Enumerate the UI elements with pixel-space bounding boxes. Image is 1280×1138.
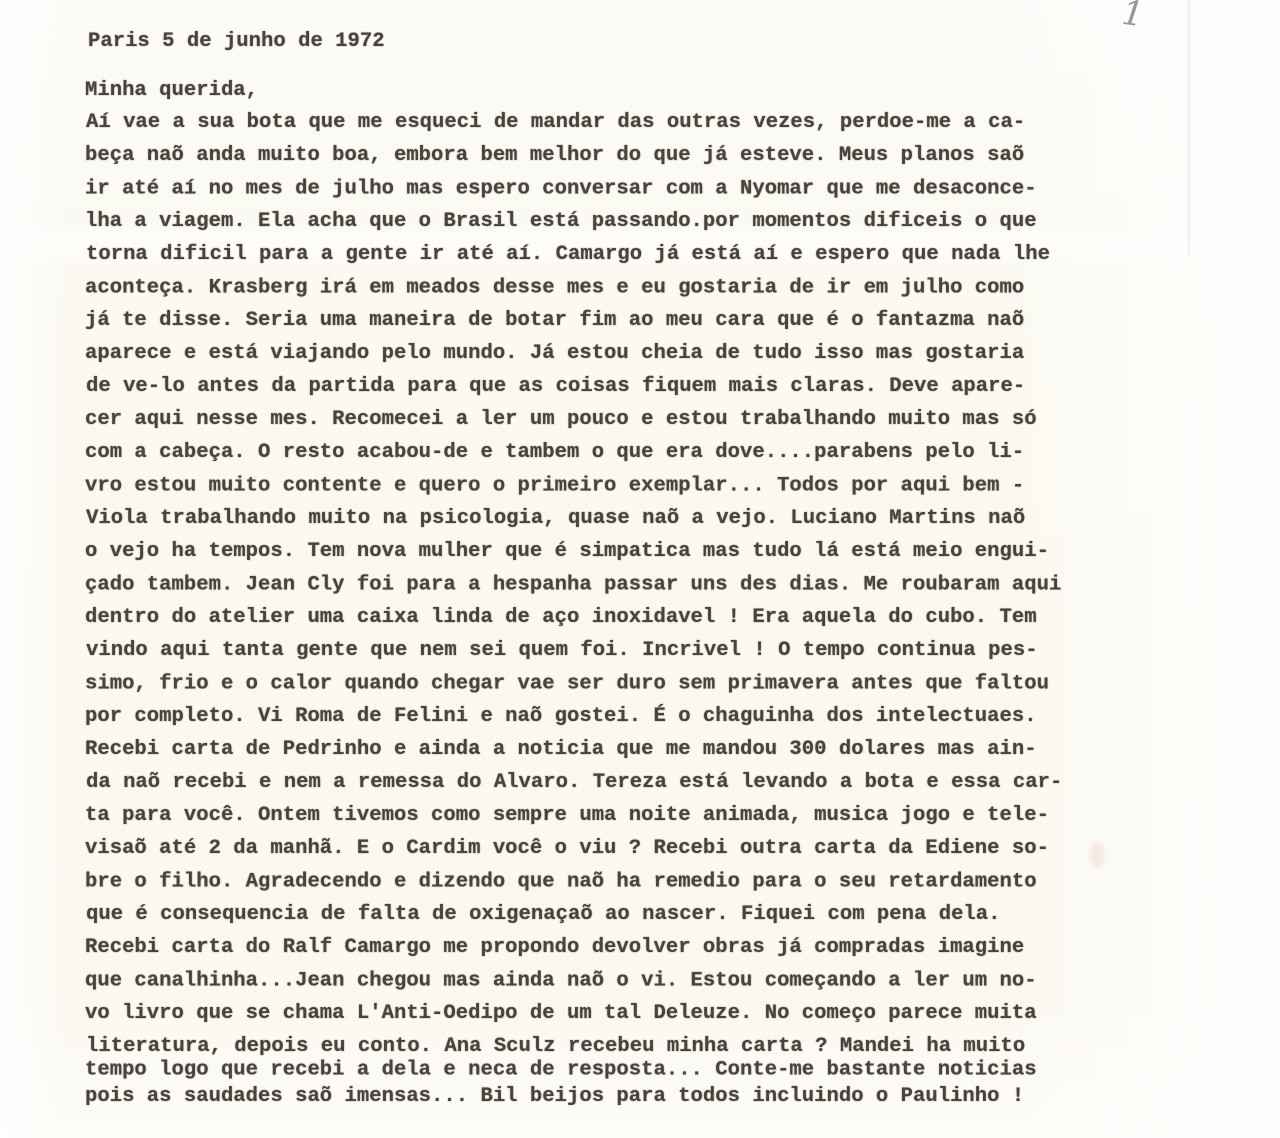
body-line: Viola trabalhando muito na psicologia, q… [86, 502, 1062, 535]
body-line: torna dificil para a gente ir até aí. Ca… [86, 238, 1062, 271]
letter-salutation: Minha querida, [85, 79, 258, 102]
body-line: simo, frio e o calor quando chegar vae s… [85, 668, 1061, 701]
body-line: vo livro que se chama L'Anti-Oedipo de u… [85, 997, 1061, 1030]
body-line: lha a viagem. Ela acha que o Brasil está… [85, 205, 1061, 238]
body-line: com a cabeça. O resto acabou-de e tambem… [85, 436, 1061, 469]
body-line: por completo. Vi Roma de Felini e naõ go… [85, 700, 1061, 733]
body-line: dentro do atelier uma caixa linda de aço… [85, 601, 1061, 634]
body-line: literatura, depois eu conto. Ana Sculz r… [86, 1030, 1062, 1053]
body-line: bre o filho. Agradecendo e dizendo que n… [85, 866, 1061, 899]
crease-line [1188, 0, 1190, 255]
body-line: beça naõ anda muito boa, embora bem melh… [85, 139, 1061, 172]
body-line: cer aqui nesse mes. Recomecei a ler um p… [85, 403, 1061, 436]
body-line: vro estou muito contente e quero o prime… [85, 470, 1061, 503]
body-line: Aí vae a sua bota que me esqueci de mand… [86, 106, 1062, 139]
body-line: çado tambem. Jean Cly foi para a hespanh… [85, 569, 1061, 602]
letter-page: 1 Paris 5 de junho de 1972 Minha querida… [0, 0, 1280, 1138]
body-line: Recebi carta de Pedrinho e ainda a notic… [85, 733, 1061, 766]
ink-smudge [1090, 842, 1104, 868]
body-line: tempo logo que recebi a dela e neca de r… [85, 1054, 1061, 1081]
body-line: Recebi carta do Ralf Camargo me propondo… [85, 931, 1061, 964]
body-line: da naõ recebi e nem a remessa do Alvaro.… [86, 766, 1062, 799]
body-line: vindo aqui tanta gente que nem sei quem … [86, 634, 1062, 667]
body-line: ta para você. Ontem tivemos como sempre … [85, 799, 1061, 832]
body-line: visaõ até 2 da manhã. E o Cardim você o … [85, 832, 1061, 865]
body-line: pois as saudades saõ imensas... Bil beij… [85, 1080, 1061, 1113]
body-line: o vejo ha tempos. Tem nova mulher que é … [85, 535, 1061, 568]
body-line: que é consequencia de falta de oxigenaça… [86, 898, 1062, 931]
body-line: que canalhinha...Jean chegou mas ainda n… [85, 965, 1061, 998]
letter-body: Aí vae a sua bota que me esqueci de mand… [85, 106, 1061, 1113]
pencil-page-number: 1 [1120, 0, 1146, 35]
body-line: aparece e está viajando pelo mundo. Já e… [85, 337, 1061, 370]
body-line: já te disse. Seria uma maneira de botar … [85, 304, 1061, 337]
body-line: de ve-lo antes da partida para que as co… [86, 370, 1062, 403]
body-line: ir até aí no mes de julho mas espero con… [85, 173, 1061, 206]
letter-date: Paris 5 de junho de 1972 [88, 30, 385, 53]
body-line: aconteça. Krasberg irá em meados desse m… [85, 272, 1061, 305]
